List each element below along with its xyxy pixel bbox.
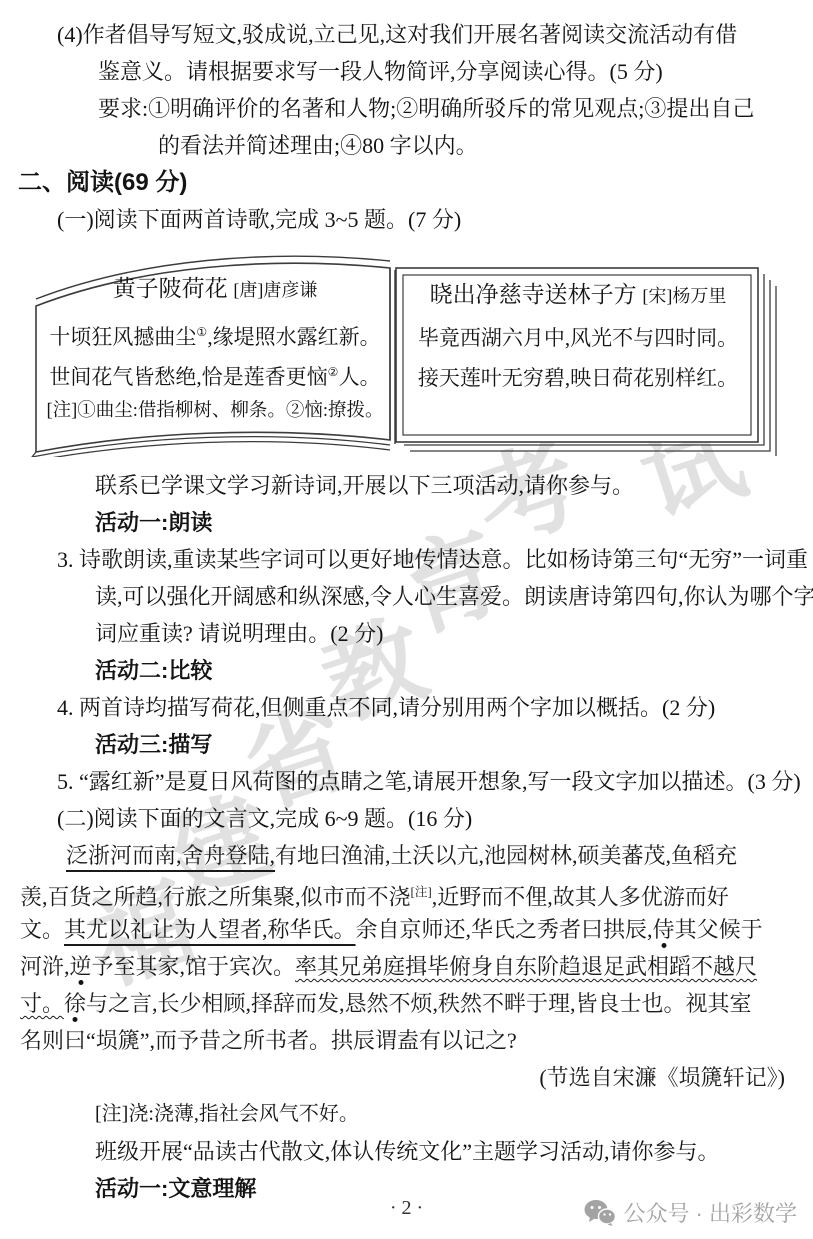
text-run-u: 泛浙河而南,舍舟登陆, [66,843,275,868]
open-book-illustration: 黄子陂荷花 [唐]唐彦谦 十顷狂风撼曲尘①,缘堤照水露红新。世间花气皆愁绝,恰是… [0,242,813,457]
text-run: 3. 诗歌朗读,重读某些字词可以更好地传情达意。比如杨诗第三句“无穷”一词重 [57,547,808,572]
text-run-sup: ② [328,365,339,379]
text-run-w: 寸。 [20,991,64,1016]
brand-watermark: 公众号 · 出彩数学 [584,1197,797,1228]
text-run: 班级开展“品读古代散文,体认传统文化”主题学习活动,请你参与。 [95,1139,720,1164]
left-poem-title-line: 黄子陂荷花 [唐]唐彦谦 [40,266,390,312]
poetry-activities-block: 联系已学课文学习新诗词,开展以下三项活动,请你参与。活动一:朗读3. 诗歌朗读,… [0,467,813,837]
classical-line-4: 河浒,逆予至其家,馆于宾次。率其兄弟庭揖毕俯身自东阶趋退足武相蹈不越尺 [0,948,813,985]
text-run-u: 其尤以礼让为人望者,称华氏。 [64,917,356,942]
text-run: 鉴意义。请根据要求写一段人物简评,分享阅读心得。(5 分) [98,59,663,84]
text-run: 4. 两首诗均描写荷花,但侧重点不同,请分别用两个字加以概括。(2 分) [57,695,715,720]
right-poem-title: 晓出净慈寺送林子方 [430,282,637,307]
text-run: ,缘堤照水露红新。 [207,325,380,349]
brand-text: 公众号 · 出彩数学 [623,1197,797,1228]
left-poem-line-1: 十顷狂风撼曲尘①,缘堤照水露红新。 [40,312,390,352]
left-poem-line-2: 世间花气皆愁绝,恰是莲香更恼②人。 [40,352,390,392]
text-run: 名则曰“埙篪”,而予昔之所书者。拱辰谓盍有以记之? [20,1028,517,1053]
text-run: 活动一:朗读 [95,510,212,535]
text-run: 活动二:比较 [95,658,212,683]
text-run: 联系已学课文学习新诗词,开展以下三项活动,请你参与。 [95,473,634,498]
left-poem-note: [注]①曲尘:借指柳树、柳条。②恼:撩拨。 [40,392,390,430]
q5-line: 5. “露红新”是夏日风荷图的点睛之笔,请展开想象,写一段文字加以描述。(3 分… [0,763,813,800]
page-footer: · 2 · 公众号 · 出彩数学 [0,1197,813,1227]
activities-intro: 联系已学课文学习新诗词,开展以下三项活动,请你参与。 [0,467,813,504]
text-run: 河浒, [20,954,70,979]
exam-paper-page: 福建省教育考试 (4)作者倡导写短文,驳成说,立己见,这对我们开展名著阅读交流活… [0,0,813,1239]
text-run: ,近野而不俚,故其人多优游而好 [432,884,729,909]
text-run: 人。 [339,365,381,389]
part-1-intro: (一)阅读下面两首诗歌,完成 3~5 题。(7 分) [0,201,813,238]
classical-passage: 泛浙河而南,舍舟登陆,有地曰渔浦,土沃以亢,池园树林,硕美蕃茂,鱼稻充羡,百货之… [0,837,813,1096]
q4-writing-line-1: (4)作者倡导写短文,驳成说,立己见,这对我们开展名著阅读交流活动有借 [0,16,813,53]
text-run-w: 率其兄弟庭揖毕俯身自东阶趋退足武相蹈不越尺 [295,954,757,979]
passage-follow-up-block: [注]浇:浇薄,指社会风气不好。班级开展“品读古代散文,体认传统文化”主题学习活… [0,1096,813,1207]
classical-line-3: 文。其尤以礼让为人望者,称华氏。余自京师还,华氏之秀者曰拱辰,侍其父候于 [0,911,813,948]
q3-line-2: 读,可以强化开阔感和纵深感,令人心生喜爱。朗读唐诗第四句,你认为哪个字 [0,578,813,615]
class-activity-intro: 班级开展“品读古代散文,体认传统文化”主题学习活动,请你参与。 [0,1133,813,1170]
activity-3-heading: 活动三:描写 [0,726,813,763]
classical-line-5: 寸。徐与之言,长少相顾,择辞而发,恳然不烦,秩然不畔于理,皆良士也。视其室 [0,985,813,1022]
text-run: (二)阅读下面的文言文,完成 6~9 题。(16 分) [57,806,472,831]
text-run: (一)阅读下面两首诗歌,完成 3~5 题。(7 分) [57,207,461,232]
text-run: 二、阅读(69 分) [18,169,187,196]
text-run: 词应重读? 请说明理由。(2 分) [95,621,383,646]
q3-line-3: 词应重读? 请说明理由。(2 分) [0,615,813,652]
text-run-sup: [注] [411,885,432,899]
text-run: 读,可以强化开阔感和纵深感,令人心生喜爱。朗读唐诗第四句,你认为哪个字 [95,584,813,609]
left-poem-title: 黄子陂荷花 [113,276,228,301]
passage-note: [注]浇:浇薄,指社会风气不好。 [0,1096,813,1133]
activity-1-heading: 活动一:朗读 [0,504,813,541]
text-run: 活动三:描写 [95,732,212,757]
source-attribution: (节选自宋濂《埙篪轩记》) [0,1059,813,1096]
right-poem: 晓出净慈寺送林子方 [宋]杨万里 毕竟西湖六月中,风光不与四时同。 接天莲叶无穷… [404,272,752,398]
q4-writing-line-2: 鉴意义。请根据要求写一段人物简评,分享阅读心得。(5 分) [0,53,813,90]
section-2-heading: 二、阅读(69 分) [0,164,813,201]
text-run: 有地曰渔浦,土沃以亢,池园树林,硕美蕃茂,鱼稻充 [275,843,737,868]
text-run: 予至其家,馆于宾次。 [92,954,296,979]
text-run: 5. “露红新”是夏日风荷图的点睛之笔,请展开想象,写一段文字加以描述。(3 分… [57,769,801,794]
left-poem-author: [唐]唐彦谦 [233,280,317,300]
classical-line-2: 羡,百货之所趋,行旅之所集聚,似市而不浇[注],近野而不俚,故其人多优游而好 [0,874,813,911]
question-4-block: (4)作者倡导写短文,驳成说,立己见,这对我们开展名著阅读交流活动有借鉴意义。请… [0,16,813,238]
text-run: 要求:①明确评价的名著和人物;②明确所驳斥的常见观点;③提出自己 [98,96,754,121]
activity-2-heading: 活动二:比较 [0,652,813,689]
text-run-dot: 逆 [70,954,92,979]
text-run: 与之言,长少相顾,择辞而发,恳然不烦,秩然不畔于理,皆良士也。视其室 [86,991,752,1016]
text-run: [注]浇:浇薄,指社会风气不好。 [95,1103,359,1125]
text-run: 世间花气皆愁绝,恰是莲香更恼 [49,365,327,389]
right-poem-title-line: 晓出净慈寺送林子方 [宋]杨万里 [404,272,752,318]
part-2-intro: (二)阅读下面的文言文,完成 6~9 题。(16 分) [0,800,813,837]
text-run: 羡,百货之所趋,行旅之所集聚,似市而不浇 [20,884,411,909]
text-run: 十顷狂风撼曲尘 [49,325,196,349]
q4-writing-line-4: 的看法并简述理由;④80 字以内。 [0,127,813,164]
right-poem-line-1: 毕竟西湖六月中,风光不与四时同。 [404,318,752,358]
text-run: 的看法并简述理由;④80 字以内。 [158,133,478,158]
q4-line: 4. 两首诗均描写荷花,但侧重点不同,请分别用两个字加以概括。(2 分) [0,689,813,726]
text-run: 余自京师还,华氏之秀者曰拱辰, [356,917,653,942]
q4-writing-line-3: 要求:①明确评价的名著和人物;②明确所驳斥的常见观点;③提出自己 [0,90,813,127]
text-run: (节选自宋濂《埙篪轩记》) [539,1065,785,1090]
q3-line-1: 3. 诗歌朗读,重读某些字词可以更好地传情达意。比如杨诗第三句“无穷”一词重 [0,541,813,578]
left-poem-lines: 十顷狂风撼曲尘①,缘堤照水露红新。世间花气皆愁绝,恰是莲香更恼②人。 [40,312,390,392]
text-run-dot: 徐 [64,991,86,1016]
left-poem: 黄子陂荷花 [唐]唐彦谦 十顷狂风撼曲尘①,缘堤照水露红新。世间花气皆愁绝,恰是… [40,266,390,430]
text-run-sup: ① [196,325,207,339]
text-run-dot: 侍 [653,917,675,942]
classical-line-6: 名则曰“埙篪”,而予昔之所书者。拱辰谓盍有以记之? [0,1022,813,1059]
text-run: 其父候于 [675,917,763,942]
wechat-icon [584,1199,616,1226]
text-run: (4)作者倡导写短文,驳成说,立己见,这对我们开展名著阅读交流活动有借 [57,22,737,47]
classical-line-1: 泛浙河而南,舍舟登陆,有地曰渔浦,土沃以亢,池园树林,硕美蕃茂,鱼稻充 [0,837,813,874]
text-run: 文。 [20,917,64,942]
page-content: (4)作者倡导写短文,驳成说,立己见,这对我们开展名著阅读交流活动有借鉴意义。请… [0,0,813,1207]
right-poem-author: [宋]杨万里 [642,286,726,306]
right-poem-line-2: 接天莲叶无穷碧,映日荷花别样红。 [404,358,752,398]
